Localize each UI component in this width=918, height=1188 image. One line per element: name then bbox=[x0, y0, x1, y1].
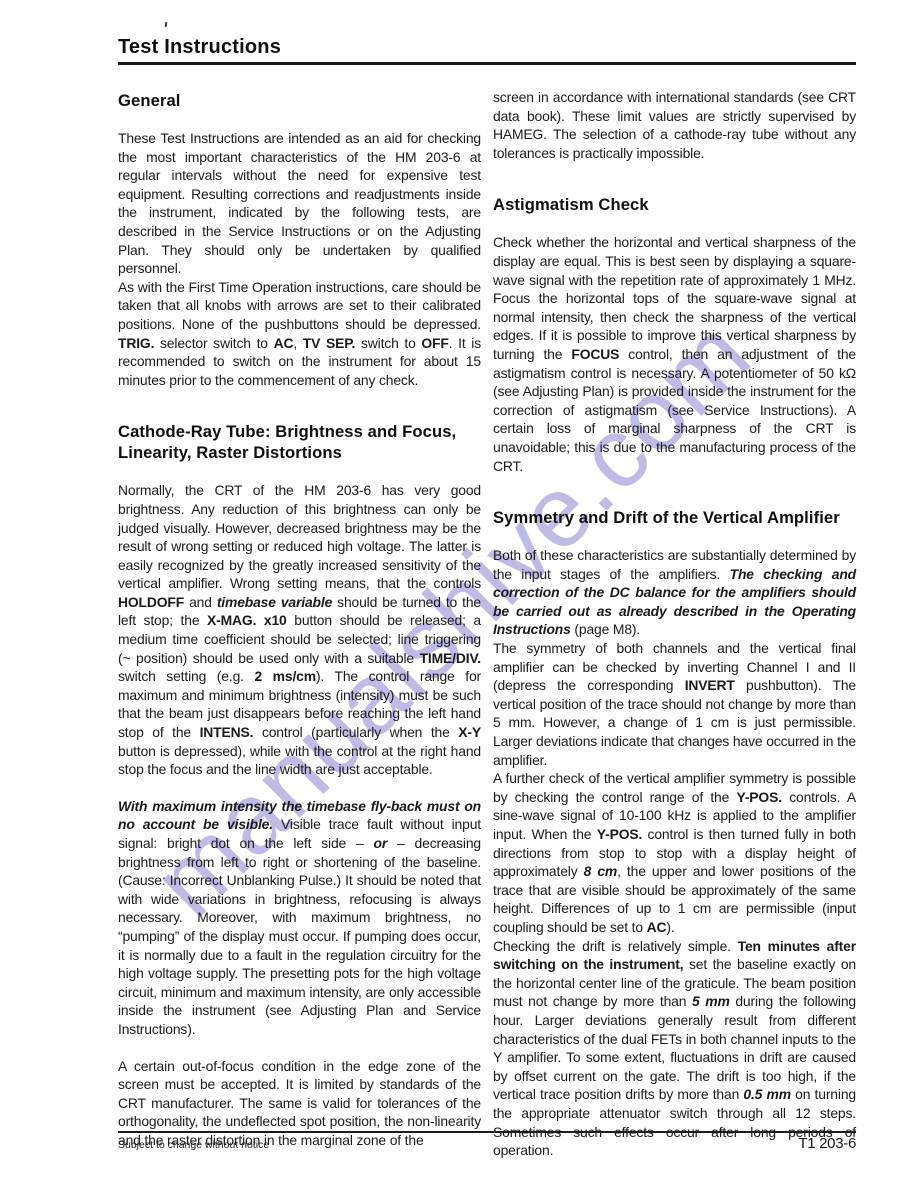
body-paragraph: screen in accordance with international … bbox=[493, 88, 856, 162]
plain-text: ). bbox=[666, 919, 674, 935]
column-right: screen in accordance with international … bbox=[493, 88, 856, 1160]
section-heading: Astigmatism Check bbox=[493, 194, 856, 215]
plain-text: These Test Instructions are intended as … bbox=[118, 130, 481, 276]
plain-text: – decreasing brightness from left to rig… bbox=[118, 835, 481, 1037]
plain-text: and bbox=[184, 594, 217, 610]
scan-artifact bbox=[165, 22, 168, 27]
column-left: GeneralThese Test Instructions are inten… bbox=[118, 88, 481, 1160]
emphasis-text: FOCUS bbox=[571, 346, 619, 362]
emphasis-text: or bbox=[374, 835, 388, 851]
two-column-body: GeneralThese Test Instructions are inten… bbox=[118, 88, 856, 1160]
emphasis-text: HOLDOFF bbox=[118, 594, 184, 610]
emphasis-text: Y-POS. bbox=[736, 789, 781, 805]
plain-text: switch to bbox=[355, 335, 421, 351]
plain-text: screen in accordance with international … bbox=[493, 89, 856, 161]
emphasis-text: TRIG. bbox=[118, 335, 154, 351]
body-paragraph: These Test Instructions are intended as … bbox=[118, 129, 481, 389]
emphasis-text: timebase variable bbox=[217, 594, 332, 610]
body-paragraph: Check whether the horizontal and vertica… bbox=[493, 233, 856, 475]
emphasis-text: 5 mm bbox=[692, 993, 730, 1009]
plain-text: As with the First Time Operation instruc… bbox=[118, 279, 481, 332]
document-page: manualshive.com Test Instructions Genera… bbox=[0, 0, 918, 1188]
emphasis-text: Y-POS. bbox=[597, 826, 642, 842]
plain-text: A certain out-of-focus condition in the … bbox=[118, 1058, 481, 1148]
emphasis-text: INVERT bbox=[685, 677, 735, 693]
emphasis-text: 2 ms/cm bbox=[254, 668, 315, 684]
emphasis-text: TV SEP. bbox=[303, 335, 355, 351]
body-paragraph: A certain out-of-focus condition in the … bbox=[118, 1057, 481, 1150]
plain-text: switch setting (e.g. bbox=[118, 668, 254, 684]
body-paragraph: With maximum intensity the timebase fly-… bbox=[118, 797, 481, 1039]
footer-rule bbox=[118, 1131, 856, 1133]
doc-number: T1 203-6 bbox=[798, 1135, 856, 1152]
emphasis-text: TIME/DIV. bbox=[420, 650, 481, 666]
plain-text: button is depressed), while with the con… bbox=[118, 743, 481, 778]
emphasis-text: 8 cm bbox=[584, 863, 617, 879]
section-heading: Cathode-Ray Tube: Brightness and Focus, … bbox=[118, 421, 481, 463]
plain-text: Checking the drift is relatively simple. bbox=[493, 938, 738, 954]
section-heading: General bbox=[118, 90, 481, 111]
plain-text: control, then an adjustment of the astig… bbox=[493, 346, 856, 474]
plain-text: selector switch to bbox=[154, 335, 273, 351]
plain-text: (page M8). bbox=[571, 621, 640, 637]
plain-text: Check whether the horizontal and vertica… bbox=[493, 234, 856, 362]
body-paragraph: Both of these characteristics are substa… bbox=[493, 546, 856, 1160]
emphasis-text: INTENS. bbox=[200, 724, 254, 740]
plain-text: Normally, the CRT of the HM 203-6 has ve… bbox=[118, 482, 481, 591]
header-rule bbox=[118, 62, 856, 65]
plain-text: , bbox=[293, 335, 302, 351]
emphasis-text: 0.5 mm bbox=[743, 1086, 791, 1102]
emphasis-text: AC bbox=[274, 335, 294, 351]
emphasis-text: X-MAG. x10 bbox=[207, 612, 287, 628]
plain-text: control (particularly when the bbox=[253, 724, 458, 740]
emphasis-text: AC bbox=[647, 919, 667, 935]
footer-note: Subject to change without notice bbox=[118, 1139, 269, 1152]
emphasis-text: X-Y bbox=[458, 724, 481, 740]
body-paragraph: Normally, the CRT of the HM 203-6 has ve… bbox=[118, 481, 481, 779]
emphasis-text: OFF bbox=[421, 335, 448, 351]
page-title: Test Instructions bbox=[118, 36, 281, 58]
section-heading: Symmetry and Drift of the Vertical Ampli… bbox=[493, 507, 856, 528]
